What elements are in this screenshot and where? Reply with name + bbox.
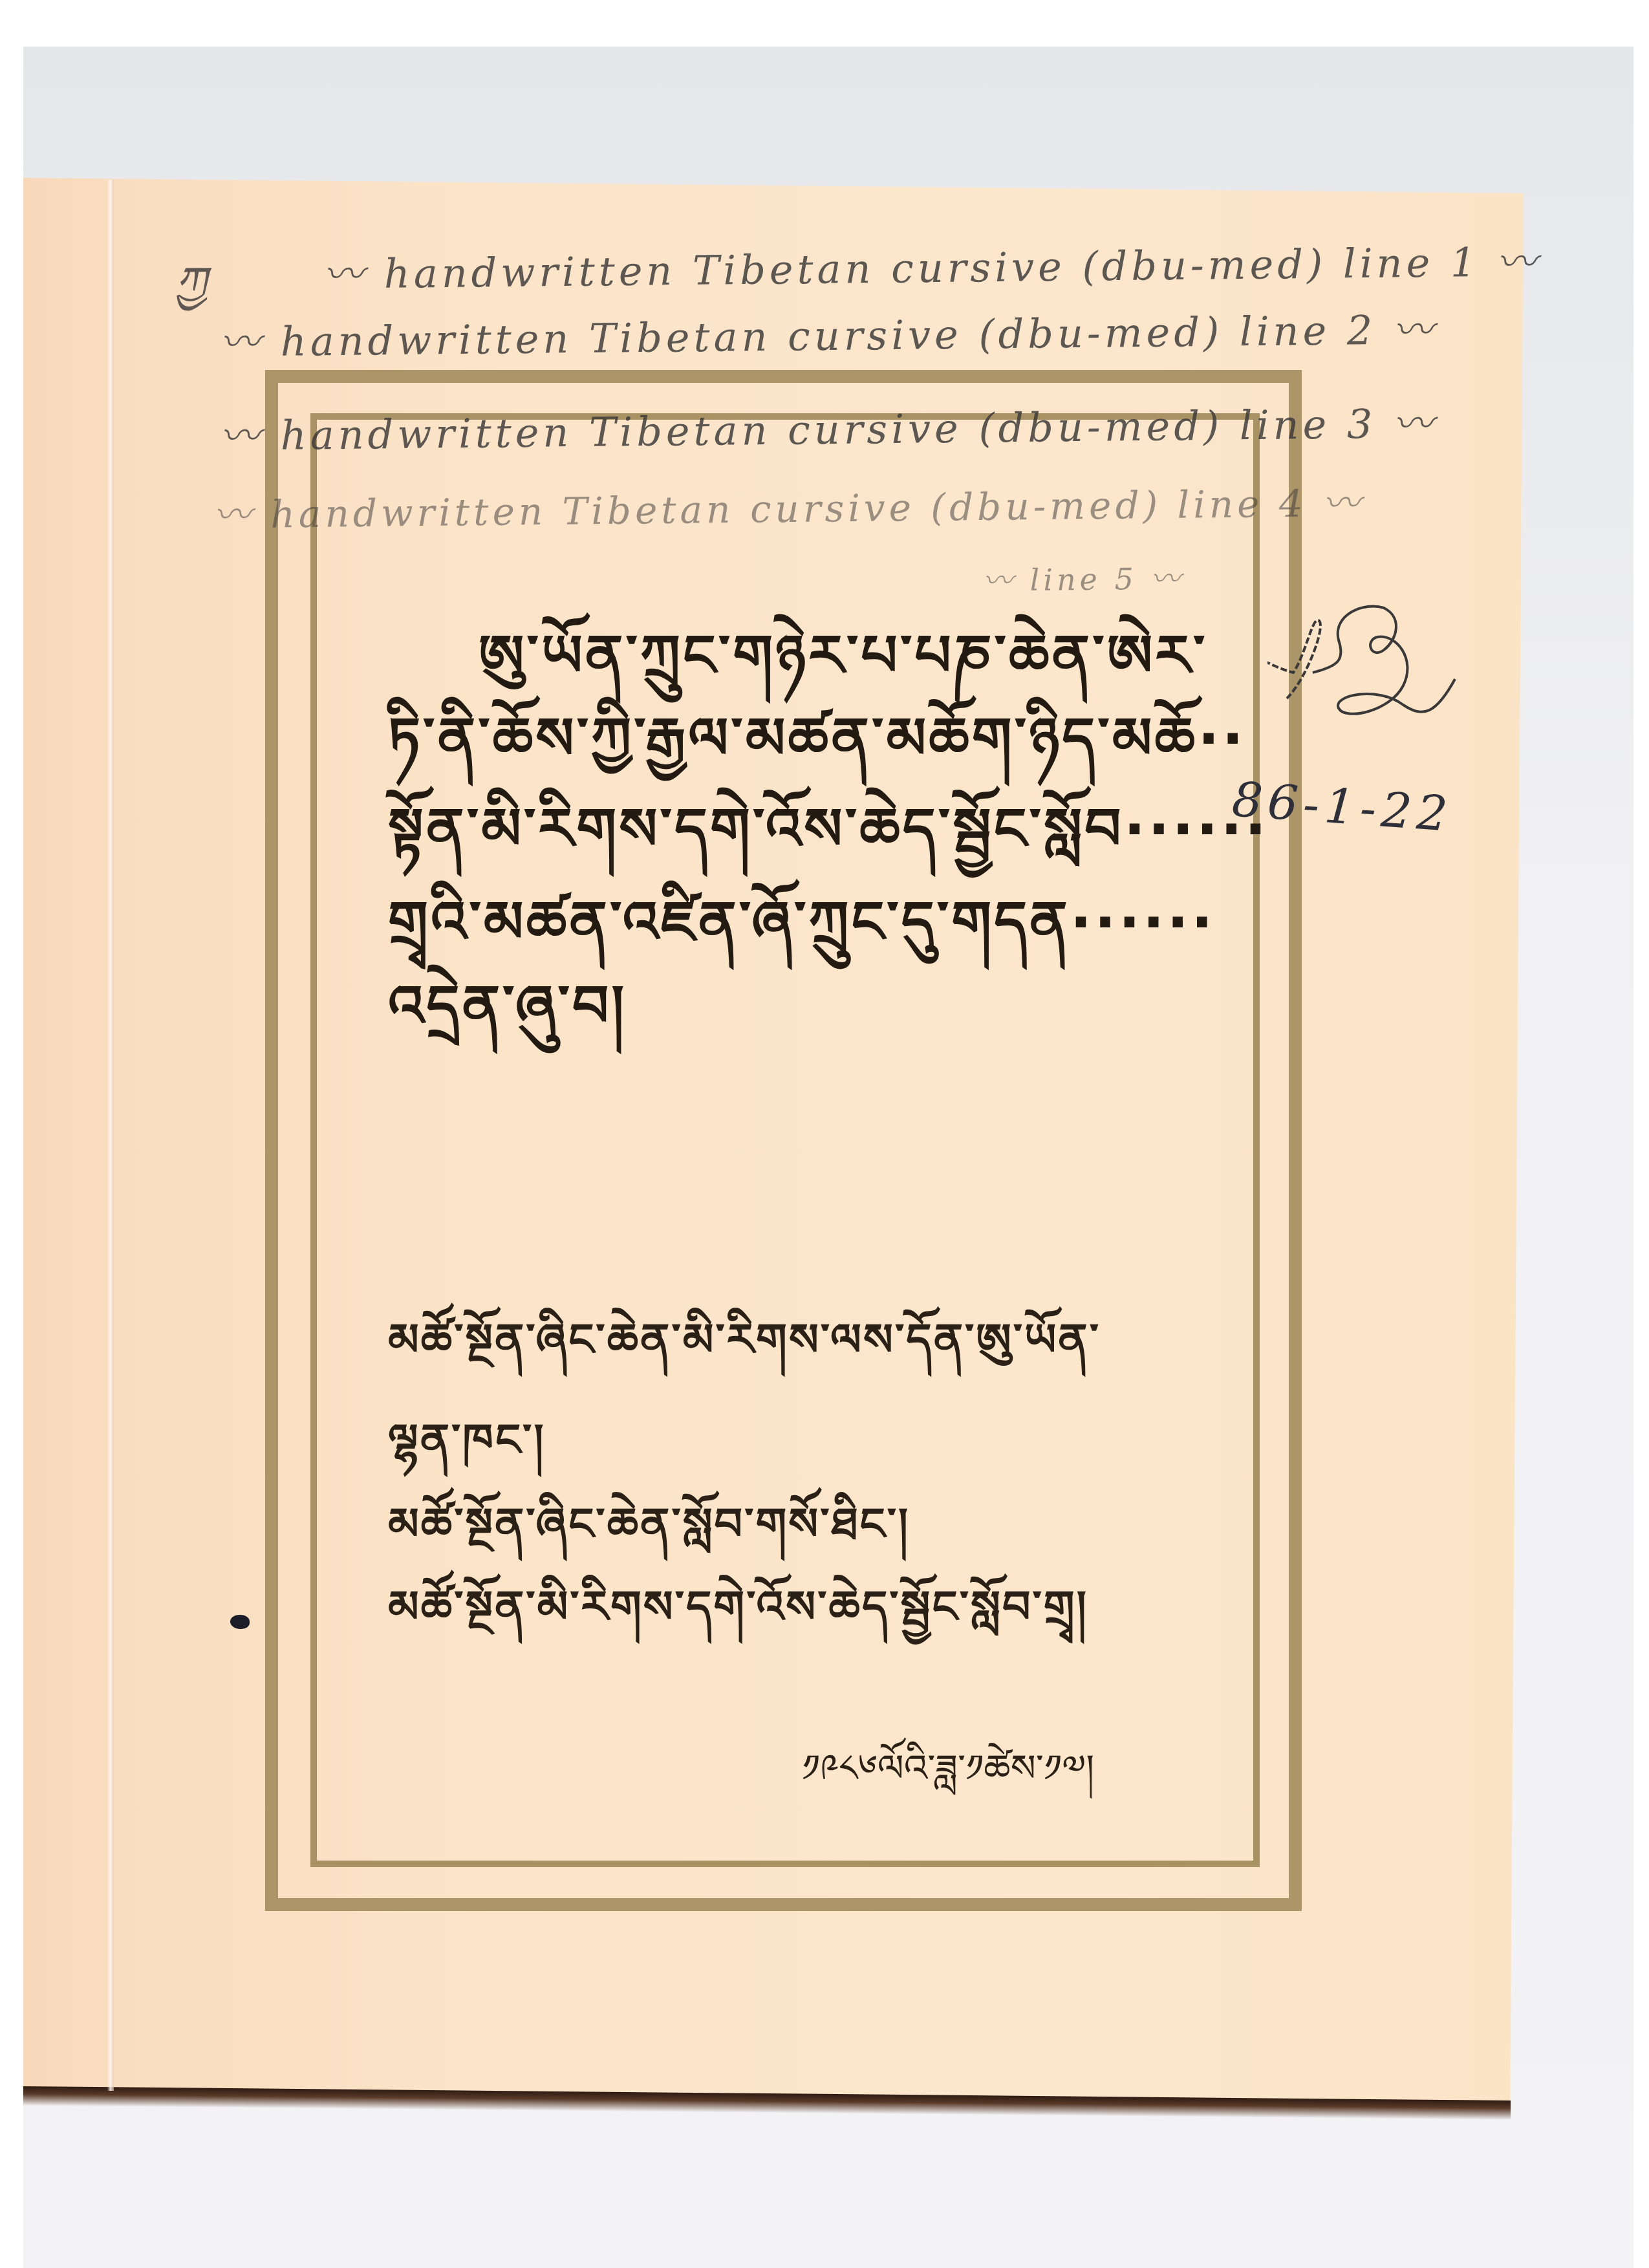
signature-icon	[1267, 601, 1481, 744]
handwritten-corner-mark: ཀྱ	[174, 233, 211, 361]
host-line-4: མཚོ་སྔོན་མི་རིགས་དགེ་འོས་ཆེད་སྦྱོང་སློབ་…	[388, 1557, 1088, 1681]
card-fold-line	[107, 180, 114, 2091]
issue-date: ༡༩༨༦ལོའི་ཟླ་༡ཚེས་༡༧།	[802, 1727, 1094, 1832]
invitation-line-5: འདྲེན་ཞུ་བ།	[388, 942, 627, 1103]
ink-blot	[230, 1615, 250, 1629]
